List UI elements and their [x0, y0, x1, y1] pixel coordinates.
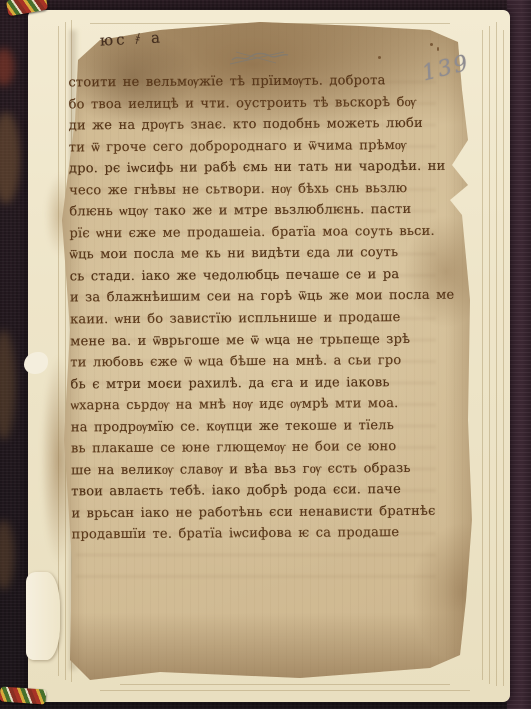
text-line: ти любовь єже ѿ ѡца бѣше на мнѣ. а сьи г…: [70, 350, 462, 374]
ink-dot: [378, 56, 381, 59]
text-line: дро. рє іѡсифь ни рабѣ ємь ни тать ни ча…: [69, 156, 461, 180]
manuscript-photo: юс ҂ а 139 стоити не вельмѹжїе тѣ прїимѹ…: [0, 0, 531, 709]
text-line: ше на великѹ славѹ и вѣа вьз гѹ єсть обр…: [71, 457, 463, 481]
text-line: ѿць мои посла ме кь ни видѣти єда ли соу…: [70, 242, 462, 266]
page-edge-line: [496, 22, 497, 686]
text-line: и врьсан іако не работѣнь єси ненависти …: [71, 501, 463, 525]
text-line: ѡхарна сьрдѹ на мнѣ нѹ идє ѹмрѣ мти моа.: [71, 393, 463, 417]
page-edge-line: [489, 26, 490, 684]
text-line: твои авлаєть тебѣ. іако добрѣ рода єси. …: [71, 479, 463, 503]
text-line: бь є мтри моєи рахилѣ. да єга и иде іако…: [70, 371, 462, 395]
endband-bottom-icon: [0, 686, 46, 704]
book-cover-right-band: [507, 0, 531, 709]
text-line: стоити не вельмѹжїе тѣ прїимѹть. доброта: [68, 70, 460, 94]
page-edge-line: [100, 690, 470, 691]
text-line: и за блажнѣишим сеи на горѣ ѿць же мои п…: [70, 285, 462, 309]
text-line: мене ва. и ѿврьгоше ме ѿ ѡца не трьпеще …: [70, 328, 462, 352]
text-line: ти ѿ гроче сего добророднаго и ѿчима прѣ…: [69, 134, 461, 158]
text-line: на продрѹмїю се. кѹпци же текоше и тїель: [71, 414, 463, 438]
text-line: рїє ѡни єже ме продашеіа. братїа моа соу…: [69, 220, 461, 244]
text-line: блѥнь ѡцѹ тако же и мтре вьзлюблѥнь. пас…: [69, 199, 461, 223]
text-line: продавшїи те. братїа іѡсифова ѥ са прода…: [72, 522, 464, 546]
text-line: бо твоа иелицѣ и чти. оустроить тѣ вьско…: [69, 91, 461, 115]
page-edge-line: [482, 30, 483, 680]
crumpled-page-edge: [26, 572, 60, 660]
text-line: каии. ѡни бо завистїю испльнише и продаш…: [70, 307, 462, 331]
page-edge-line: [120, 684, 450, 685]
text-line: сь стади. іако же чедолюбць печаше се и …: [70, 264, 462, 288]
text-line: вь плакаше се юне глющемѹ не бои се юно: [71, 436, 463, 460]
ink-dot: [437, 47, 439, 51]
text-line: чесо же гнѣвы не сьтвори. нѹ бѣхь снь вь…: [69, 177, 461, 201]
page-edge-line: [503, 30, 504, 686]
text-block: стоити не вельмѹжїе тѣ прїимѹть. доброта…: [68, 70, 463, 547]
ink-dot: [430, 43, 433, 46]
text-line: ди же на дрѹгь знає. кто подобнь можеть …: [69, 113, 461, 137]
header-inscription: юс ҂ а: [100, 28, 164, 50]
pencil-scribble-icon: [226, 46, 292, 68]
